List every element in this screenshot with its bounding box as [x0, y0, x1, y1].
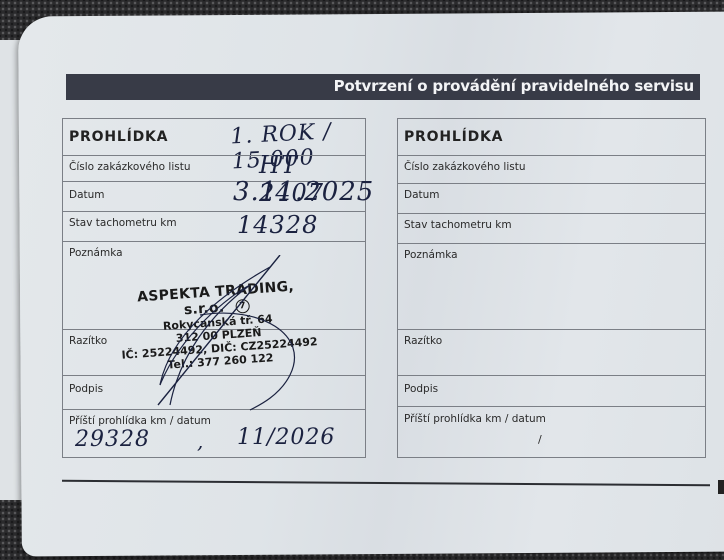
label-signature: Podpis [69, 383, 103, 395]
divider [398, 213, 705, 214]
label-date: Datum [404, 189, 440, 201]
inspection-card-2: PROHLÍDKA Číslo zakázkového listu Datum … [397, 118, 706, 458]
handwritten-date: 3.11.2025 [233, 177, 374, 207]
handwritten-next-km: 29328 [75, 427, 150, 452]
handwritten-next-date: 11/2026 [237, 425, 335, 450]
next-inspection-separator: / [538, 433, 542, 446]
divider [63, 211, 365, 212]
label-stamp: Razítko [69, 335, 107, 347]
label-order-number: Číslo zakázkového listu [404, 161, 525, 173]
handwritten-next-separator: , [197, 429, 204, 453]
label-signature: Podpis [404, 383, 438, 395]
divider [398, 329, 705, 330]
divider [398, 155, 705, 156]
label-odometer: Stav tachometru km [404, 219, 512, 231]
label-stamp: Razítko [404, 335, 442, 347]
section-header-bar: Potvrzení o provádění pravidelného servi… [66, 74, 700, 100]
label-next-inspection: Příští prohlídka km / datum [404, 413, 546, 425]
label-next-inspection: Příští prohlídka km / datum [69, 415, 211, 427]
page-edge-marker [718, 480, 724, 494]
divider [398, 243, 705, 244]
signature-scribble [140, 255, 310, 415]
card-title: PROHLÍDKA [404, 129, 503, 145]
divider [398, 406, 705, 407]
label-odometer: Stav tachometru km [69, 217, 177, 229]
label-order-number: Číslo zakázkového listu [69, 161, 190, 173]
handwritten-odometer: 14328 [237, 211, 318, 239]
label-date: Datum [69, 189, 105, 201]
divider [398, 375, 705, 376]
label-note: Poznámka [69, 247, 123, 259]
section-title: Potvrzení o provádění pravidelného servi… [334, 77, 694, 95]
card-title: PROHLÍDKA [69, 129, 168, 145]
label-note: Poznámka [404, 249, 458, 261]
divider [398, 183, 705, 184]
divider [63, 241, 365, 242]
